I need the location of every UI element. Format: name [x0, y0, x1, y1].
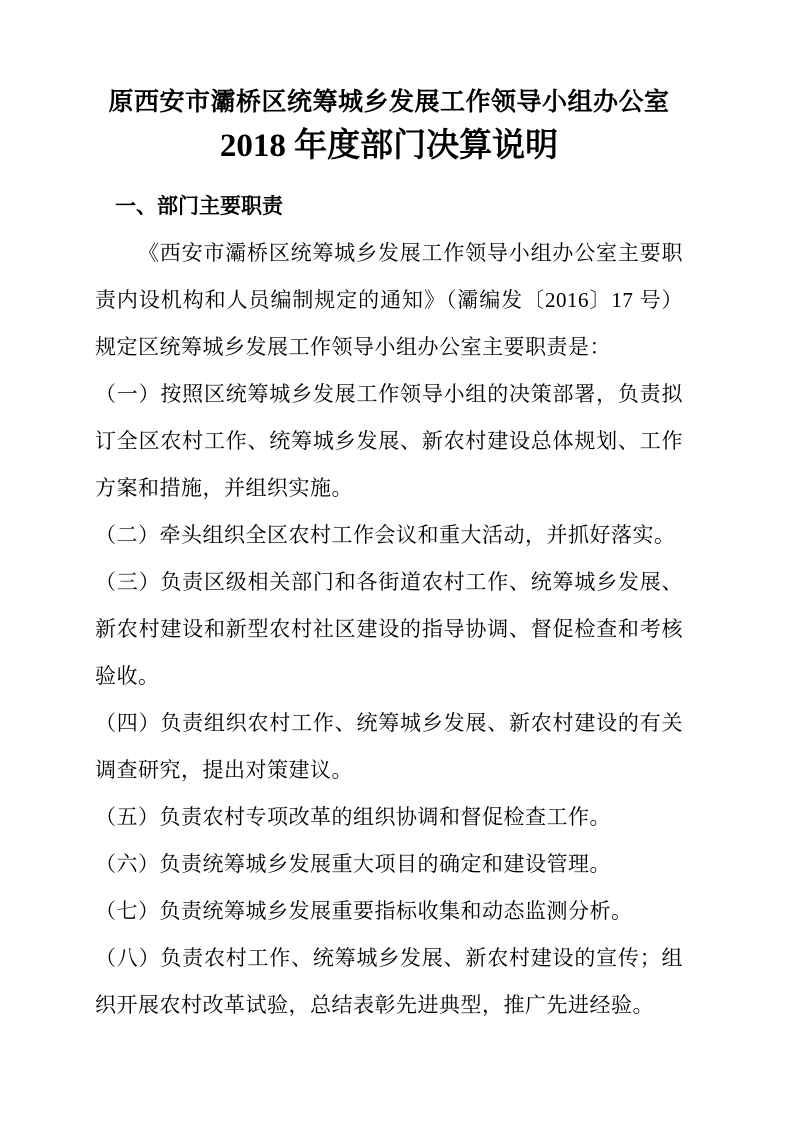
- document-body: 《西安市灞桥区统筹城乡发展工作领导小组办公室主要职责内设机构和人员编制规定的通知…: [95, 230, 683, 1029]
- doc-title-line1: 原西安市灞桥区统筹城乡发展工作领导小组办公室: [95, 84, 683, 120]
- paragraph-item-6: （六）负责统筹城乡发展重大项目的确定和建设管理。: [95, 841, 683, 888]
- paragraph-item-5: （五）负责农村专项改革的组织协调和督促检查工作。: [95, 794, 683, 841]
- paragraph-intro: 《西安市灞桥区统筹城乡发展工作领导小组办公室主要职责内设机构和人员编制规定的通知…: [95, 230, 683, 371]
- paragraph-item-7: （七）负责统筹城乡发展重要指标收集和动态监测分析。: [95, 888, 683, 935]
- paragraph-item-2: （二）牵头组织全区农村工作会议和重大活动，并抓好落实。: [95, 512, 683, 559]
- document-page: 原西安市灞桥区统筹城乡发展工作领导小组办公室 2018 年度部门决算说明 一、部…: [0, 0, 793, 1122]
- doc-title-line2: 2018 年度部门决算说明: [95, 122, 683, 170]
- paragraph-item-3: （三）负责区级相关部门和各街道农村工作、统筹城乡发展、新农村建设和新型农村社区建…: [95, 559, 683, 700]
- section-heading: 一、部门主要职责: [115, 192, 683, 222]
- paragraph-item-4: （四）负责组织农村工作、统筹城乡发展、新农村建设的有关调查研究，提出对策建议。: [95, 700, 683, 794]
- paragraph-item-8: （八）负责农村工作、统筹城乡发展、新农村建设的宣传；组织开展农村改革试验，总结表…: [95, 935, 683, 1029]
- paragraph-item-1: （一）按照区统筹城乡发展工作领导小组的决策部署，负责拟订全区农村工作、统筹城乡发…: [95, 371, 683, 512]
